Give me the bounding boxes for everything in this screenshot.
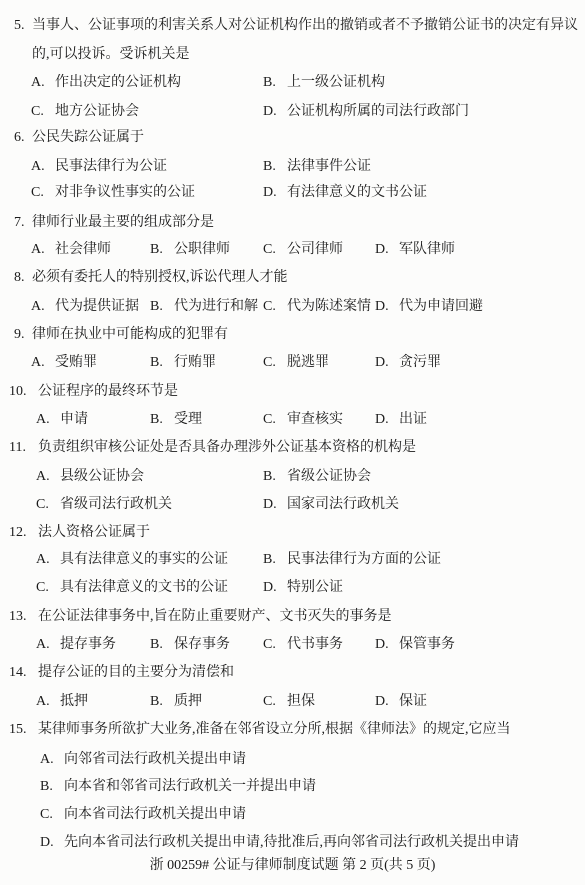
question-13-option-a: A.提存事务	[36, 635, 116, 655]
question-14-option-c: C.担保	[263, 692, 315, 712]
option-text: 民事法律行为方面的公证	[287, 552, 441, 567]
question-13-option-d: D.保管事务	[375, 635, 455, 655]
question-15-stem-row: 15. 某律师事务所欲扩大业务,准备在邻省设立分所,根据《律师法》的规定,它应当	[0, 720, 585, 742]
option-text: 国家司法行政机关	[287, 497, 399, 512]
option-text: 军队律师	[399, 242, 455, 257]
question-13-text: 在公证法律事务中,旨在防止重要财产、文书灭失的事务是	[38, 607, 392, 627]
option-label: D.	[375, 635, 399, 655]
question-14-number: 14.	[9, 663, 27, 683]
option-text: 贪污罪	[399, 355, 441, 370]
question-6-option-a: A.民事法律行为公证	[31, 157, 167, 177]
question-6-options-row-2: C.对非争议性事实的公证 D.有法律意义的文书公证	[0, 183, 585, 205]
question-12-option-c: C.具有法律意义的文书的公证	[36, 578, 228, 598]
question-14-option-a: A.抵押	[36, 692, 88, 712]
option-text: 先向本省司法行政机关提出申请,待批准后,再向邻省司法行政机关提出申请	[64, 835, 519, 850]
question-15-option-b-row: B.向本省和邻省司法行政机关一并提出申请	[0, 777, 585, 799]
question-10-stem-row: 10. 公证程序的最终环节是	[0, 382, 585, 404]
question-5-stem-row: 5. 当事人、公证事项的利害关系人对公证机构作出的撤销或者不予撤销公证书的决定有…	[0, 16, 585, 38]
question-7-text: 律师行业最主要的组成部分是	[32, 213, 214, 233]
question-10-option-d: D.出证	[375, 410, 427, 430]
question-5-option-d: D.公证机构所属的司法行政部门	[263, 102, 469, 122]
question-13-options-row: A.提存事务 B.保存事务 C.代书事务 D.保管事务	[0, 635, 585, 657]
question-11-stem-row: 11. 负责组织审核公证处是否具备办理涉外公证基本资格的机构是	[0, 438, 585, 460]
question-15-option-c-row: C.向本省司法行政机关提出申请	[0, 805, 585, 827]
question-11-text: 负责组织审核公证处是否具备办理涉外公证基本资格的机构是	[38, 438, 416, 458]
option-label: C.	[31, 183, 55, 203]
question-7-option-d: D.军队律师	[375, 240, 455, 260]
question-5-option-b: B.上一级公证机构	[263, 73, 385, 93]
option-text: 保证	[399, 694, 427, 709]
question-11-option-a: A.县级公证协会	[36, 467, 144, 487]
exam-paper-page: 5. 当事人、公证事项的利害关系人对公证机构作出的撤销或者不予撤销公证书的决定有…	[0, 0, 585, 885]
question-14-option-b: B.质押	[150, 692, 202, 712]
option-label: C.	[31, 102, 55, 122]
question-6-option-d: D.有法律意义的文书公证	[263, 183, 427, 203]
option-text: 审查核实	[287, 412, 343, 427]
question-12-option-a: A.具有法律意义的事实的公证	[36, 550, 228, 570]
question-8-option-d: D.代为申请回避	[375, 297, 483, 317]
option-text: 对非争议性事实的公证	[55, 185, 195, 200]
question-10-option-b: B.受理	[150, 410, 202, 430]
option-label: A.	[36, 410, 60, 430]
option-text: 民事法律行为公证	[55, 159, 167, 174]
option-text: 受贿罪	[55, 355, 97, 370]
question-12-number: 12.	[9, 523, 27, 543]
option-text: 上一级公证机构	[287, 75, 385, 90]
question-7-option-c: C.公司律师	[263, 240, 343, 260]
question-14-text: 提存公证的目的主要分为清偿和	[38, 663, 234, 683]
question-13-number: 13.	[9, 607, 27, 627]
option-text: 公司律师	[287, 242, 343, 257]
option-text: 公职律师	[174, 242, 230, 257]
option-text: 代书事务	[287, 637, 343, 652]
option-label: A.	[31, 157, 55, 177]
question-6-option-c: C.对非争议性事实的公证	[31, 183, 195, 203]
question-6-number: 6.	[14, 128, 25, 148]
question-15-option-b: B.向本省和邻省司法行政机关一并提出申请	[40, 777, 316, 797]
question-11-options-row-1: A.县级公证协会 B.省级公证协会	[0, 467, 585, 489]
option-label: C.	[36, 495, 60, 515]
question-8-number: 8.	[14, 268, 25, 288]
question-7-option-a: A.社会律师	[31, 240, 111, 260]
option-label: A.	[36, 692, 60, 712]
option-text: 特别公证	[287, 580, 343, 595]
question-8-option-a: A.代为提供证据	[31, 297, 139, 317]
question-6-options-row-1: A.民事法律行为公证 B.法律事件公证	[0, 157, 585, 179]
option-label: B.	[150, 410, 174, 430]
question-15-option-d: D.先向本省司法行政机关提出申请,待批准后,再向邻省司法行政机关提出申请	[40, 833, 519, 853]
option-label: B.	[40, 777, 64, 797]
option-label: D.	[263, 495, 287, 515]
option-label: D.	[40, 833, 64, 853]
question-11-option-b: B.省级公证协会	[263, 467, 371, 487]
question-15-option-a-row: A.向邻省司法行政机关提出申请	[0, 750, 585, 772]
option-label: C.	[263, 240, 287, 260]
question-12-option-d: D.特别公证	[263, 578, 343, 598]
question-8-option-c: C.代为陈述案情	[263, 297, 371, 317]
option-text: 保管事务	[399, 637, 455, 652]
question-10-options-row: A.申请 B.受理 C.审查核实 D.出证	[0, 410, 585, 432]
question-8-option-b: B.代为进行和解	[150, 297, 258, 317]
option-text: 代为进行和解	[174, 299, 258, 314]
question-7-options-row: A.社会律师 B.公职律师 C.公司律师 D.军队律师	[0, 240, 585, 262]
question-9-options-row: A.受贿罪 B.行贿罪 C.脱逃罪 D.贪污罪	[0, 353, 585, 375]
option-label: C.	[40, 805, 64, 825]
option-label: C.	[263, 692, 287, 712]
option-text: 地方公证协会	[55, 104, 139, 119]
option-label: A.	[31, 353, 55, 373]
option-text: 具有法律意义的事实的公证	[60, 552, 228, 567]
option-text: 有法律意义的文书公证	[287, 185, 427, 200]
option-text: 代为陈述案情	[287, 299, 371, 314]
question-9-stem-row: 9. 律师在执业中可能构成的犯罪有	[0, 325, 585, 347]
option-label: C.	[263, 635, 287, 655]
option-text: 作出决定的公证机构	[55, 75, 181, 90]
option-label: B.	[263, 73, 287, 93]
question-9-option-b: B.行贿罪	[150, 353, 216, 373]
question-14-option-d: D.保证	[375, 692, 427, 712]
question-6-text: 公民失踪公证属于	[32, 128, 144, 148]
question-13-option-c: C.代书事务	[263, 635, 343, 655]
question-6-option-b: B.法律事件公证	[263, 157, 371, 177]
option-label: D.	[263, 183, 287, 203]
option-label: B.	[263, 157, 287, 177]
question-10-number: 10.	[9, 382, 27, 402]
option-text: 保存事务	[174, 637, 230, 652]
question-8-stem-row: 8. 必须有委托人的特别授权,诉讼代理人才能	[0, 268, 585, 290]
question-5-options-row-1: A.作出决定的公证机构 B.上一级公证机构	[0, 73, 585, 95]
option-label: B.	[150, 635, 174, 655]
question-9-text: 律师在执业中可能构成的犯罪有	[32, 325, 228, 345]
question-9-option-c: C.脱逃罪	[263, 353, 329, 373]
option-label: D.	[375, 353, 399, 373]
option-label: A.	[36, 550, 60, 570]
option-label: B.	[263, 550, 287, 570]
option-label: A.	[31, 240, 55, 260]
question-5-option-a: A.作出决定的公证机构	[31, 73, 181, 93]
question-13-option-b: B.保存事务	[150, 635, 230, 655]
option-text: 向本省司法行政机关提出申请	[64, 807, 246, 822]
question-15-option-d-row: D.先向本省司法行政机关提出申请,待批准后,再向邻省司法行政机关提出申请	[0, 833, 585, 855]
option-label: A.	[40, 750, 64, 770]
question-15-text: 某律师事务所欲扩大业务,准备在邻省设立分所,根据《律师法》的规定,它应当	[38, 720, 511, 740]
question-10-option-c: C.审查核实	[263, 410, 343, 430]
question-8-text: 必须有委托人的特别授权,诉讼代理人才能	[32, 268, 288, 288]
option-label: B.	[150, 692, 174, 712]
question-11-options-row-2: C.省级司法行政机关 D.国家司法行政机关	[0, 495, 585, 517]
option-label: C.	[263, 353, 287, 373]
question-9-option-a: A.受贿罪	[31, 353, 97, 373]
question-9-number: 9.	[14, 325, 25, 345]
option-text: 提存事务	[60, 637, 116, 652]
option-label: C.	[263, 410, 287, 430]
question-5-number: 5.	[14, 16, 25, 36]
option-label: D.	[375, 297, 399, 317]
option-text: 代为申请回避	[399, 299, 483, 314]
option-text: 省级司法行政机关	[60, 497, 172, 512]
question-14-options-row: A.抵押 B.质押 C.担保 D.保证	[0, 692, 585, 714]
option-text: 省级公证协会	[287, 469, 371, 484]
option-label: A.	[36, 467, 60, 487]
question-12-options-row-2: C.具有法律意义的文书的公证 D.特别公证	[0, 578, 585, 600]
question-11-option-d: D.国家司法行政机关	[263, 495, 399, 515]
question-9-option-d: D.贪污罪	[375, 353, 441, 373]
option-text: 受理	[174, 412, 202, 427]
option-text: 申请	[60, 412, 88, 427]
option-label: B.	[150, 353, 174, 373]
option-label: D.	[263, 102, 287, 122]
question-11-number: 11.	[9, 438, 26, 458]
option-text: 具有法律意义的文书的公证	[60, 580, 228, 595]
question-8-options-row: A.代为提供证据 B.代为进行和解 C.代为陈述案情 D.代为申请回避	[0, 297, 585, 319]
option-text: 脱逃罪	[287, 355, 329, 370]
option-label: B.	[150, 240, 174, 260]
question-5-option-c: C.地方公证协会	[31, 102, 139, 122]
option-text: 公证机构所属的司法行政部门	[287, 104, 469, 119]
question-7-option-b: B.公职律师	[150, 240, 230, 260]
option-text: 社会律师	[55, 242, 111, 257]
question-5-options-row-2: C.地方公证协会 D.公证机构所属的司法行政部门	[0, 102, 585, 124]
question-6-stem-row: 6. 公民失踪公证属于	[0, 128, 585, 150]
option-label: D.	[263, 578, 287, 598]
question-10-option-a: A.申请	[36, 410, 88, 430]
option-text: 行贿罪	[174, 355, 216, 370]
option-label: B.	[263, 467, 287, 487]
option-label: D.	[375, 410, 399, 430]
question-5-text-line-2: 的,可以投诉。受诉机关是	[32, 45, 190, 65]
option-label: D.	[375, 240, 399, 260]
option-text: 法律事件公证	[287, 159, 371, 174]
option-text: 质押	[174, 694, 202, 709]
option-label: A.	[36, 635, 60, 655]
option-text: 向本省和邻省司法行政机关一并提出申请	[64, 779, 316, 794]
question-15-option-a: A.向邻省司法行政机关提出申请	[40, 750, 246, 770]
question-7-stem-row: 7. 律师行业最主要的组成部分是	[0, 213, 585, 235]
question-12-options-row-1: A.具有法律意义的事实的公证 B.民事法律行为方面的公证	[0, 550, 585, 572]
option-text: 担保	[287, 694, 315, 709]
question-7-number: 7.	[14, 213, 25, 233]
option-text: 出证	[399, 412, 427, 427]
question-11-option-c: C.省级司法行政机关	[36, 495, 172, 515]
option-label: C.	[263, 297, 287, 317]
question-15-option-c: C.向本省司法行政机关提出申请	[40, 805, 246, 825]
option-label: A.	[31, 297, 55, 317]
question-12-text: 法人资格公证属于	[38, 523, 150, 543]
page-footer: 浙 00259# 公证与律师制度试题 第 2 页(共 5 页)	[0, 856, 585, 876]
question-5-stem-row-2: 的,可以投诉。受诉机关是	[0, 45, 585, 67]
question-15-number: 15.	[9, 720, 27, 740]
option-label: C.	[36, 578, 60, 598]
option-text: 向邻省司法行政机关提出申请	[64, 752, 246, 767]
option-text: 县级公证协会	[60, 469, 144, 484]
question-13-stem-row: 13. 在公证法律事务中,旨在防止重要财产、文书灭失的事务是	[0, 607, 585, 629]
question-5-text-line-1: 当事人、公证事项的利害关系人对公证机构作出的撤销或者不予撤销公证书的决定有异议	[32, 16, 578, 36]
question-14-stem-row: 14. 提存公证的目的主要分为清偿和	[0, 663, 585, 685]
question-12-stem-row: 12. 法人资格公证属于	[0, 523, 585, 545]
question-10-text: 公证程序的最终环节是	[38, 382, 178, 402]
question-12-option-b: B.民事法律行为方面的公证	[263, 550, 441, 570]
option-label: A.	[31, 73, 55, 93]
option-label: B.	[150, 297, 174, 317]
option-text: 抵押	[60, 694, 88, 709]
option-label: D.	[375, 692, 399, 712]
option-text: 代为提供证据	[55, 299, 139, 314]
